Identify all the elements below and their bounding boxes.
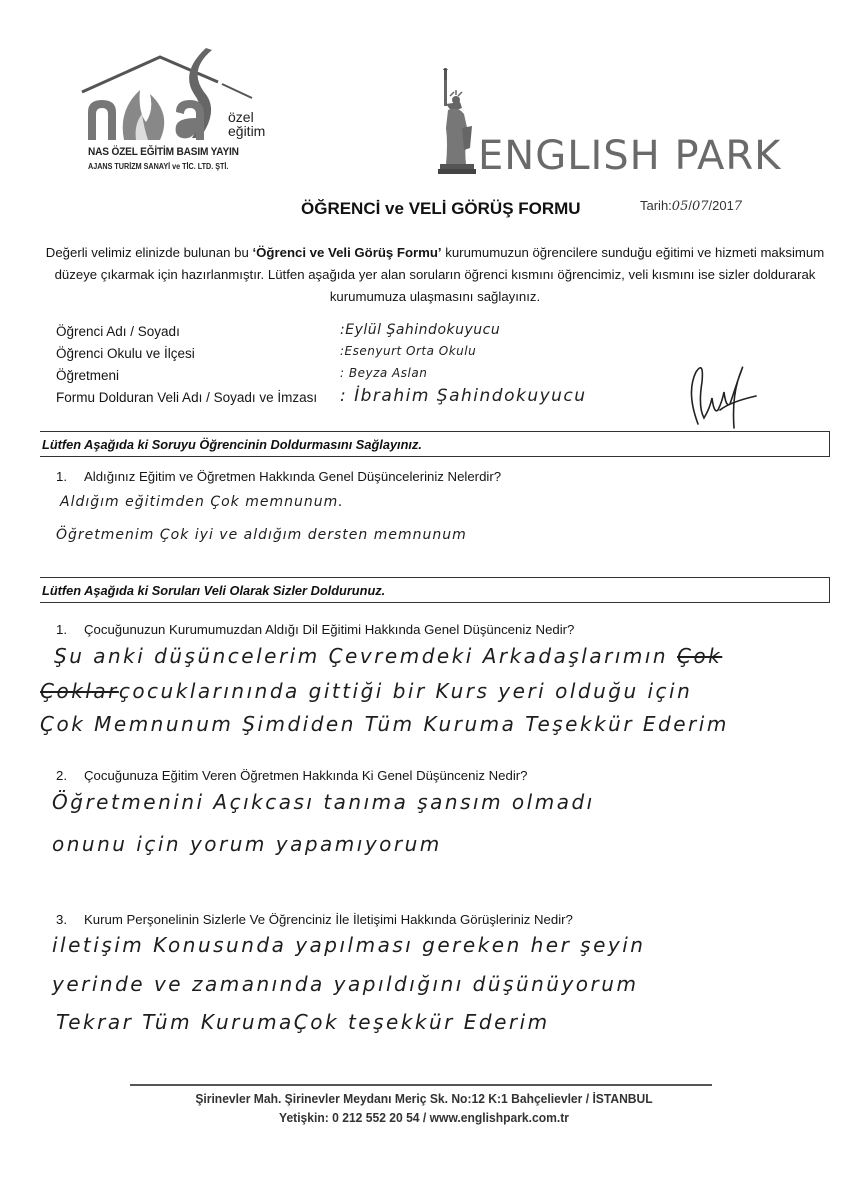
student-section-heading: Lütfen Aşağıda ki Soruyu Öğrencinin Dold… (40, 431, 830, 457)
info-value-teacher[interactable]: : Beyza Aslan (340, 366, 427, 380)
english-park-logo: ENGLISH PARK (430, 68, 780, 178)
answer-text: çocuklarınında gittiği bir Kurs yeri old… (119, 679, 692, 703)
info-value-parent[interactable]: : İbrahim Şahindokuyucu (340, 386, 587, 406)
nas-logo-word-ozel: özel (228, 110, 254, 124)
form-date: Tarih:05/07/2017 (640, 198, 742, 214)
nas-company-name: NAS ÖZEL EĞİTİM BASIM YAYIN (88, 146, 239, 158)
question-number: 3. (56, 912, 84, 927)
student-answer-line-1[interactable]: Aldığım eğitimden Çok memnunum. (60, 494, 344, 510)
info-label: Öğrenci Adı / Soyadı (56, 324, 180, 339)
question-text: Çocuğunuzun Kurumumuzdan Aldığı Dil Eğit… (84, 622, 574, 637)
question-number: 1. (56, 622, 84, 637)
date-year-prefix: 201 (712, 198, 734, 213)
parent-answer-1-line-1[interactable]: Şu anki düşüncelerim Çevremdeki Arkadaşl… (54, 644, 722, 668)
form-title: ÖĞRENCİ ve VELİ GÖRÜŞ FORMU (301, 199, 581, 219)
nas-logo: özel eğitim NAS ÖZEL EĞİTİM BASIM YAYIN … (80, 40, 280, 190)
parent-answer-1-line-3[interactable]: Çok Memnunum Şimdiden Tüm Kuruma Teşekkü… (40, 712, 729, 736)
parent-question-1: 1.Çocuğunuzun Kurumumuzdan Aldığı Dil Eğ… (56, 622, 574, 637)
date-label: Tarih: (640, 198, 672, 213)
parent-answer-3-line-2[interactable]: yerinde ve zamanında yapıldığını düşünüy… (52, 972, 638, 996)
statue-of-liberty-icon (436, 68, 480, 178)
info-label: Öğretmeni (56, 368, 119, 383)
info-label: Formu Dolduran Veli Adı / Soyadı ve İmza… (56, 390, 317, 405)
info-label: Öğrenci Okulu ve İlçesi (56, 346, 195, 361)
footer-address: Şirinevler Mah. Şirinevler Meydanı Meriç… (30, 1091, 819, 1106)
footer-phone: Yetişkin: 0 212 552 20 54 (279, 1110, 419, 1125)
question-number: 2. (56, 768, 84, 783)
parent-answer-2-line-2[interactable]: onunu için yorum yapamıyorum (52, 832, 442, 856)
question-text: Çocuğunuza Eğitim Veren Öğretmen Hakkınd… (84, 768, 527, 783)
parent-section-heading: Lütfen Aşağıda ki Soruları Veli Olarak S… (40, 577, 830, 603)
parent-answer-3-line-3[interactable]: Tekrar Tüm KurumaÇok teşekkür Ederim (56, 1010, 550, 1034)
footer-contact: Yetişkin: 0 212 552 20 54 / www.englishp… (30, 1110, 819, 1125)
footer-separator: / (423, 1110, 426, 1125)
question-text: Aldığınız Eğitim ve Öğretmen Hakkında Ge… (84, 469, 501, 484)
date-month: 07 (692, 199, 709, 214)
section-heading-text: Lütfen Aşağıda ki Soruyu Öğrencinin Dold… (42, 437, 422, 452)
struck-word: Çoklar (40, 679, 119, 703)
student-answer-line-2[interactable]: Öğretmenim Çok iyi ve aldığım dersten me… (56, 527, 467, 543)
parent-answer-1-line-2[interactable]: Çoklarçocuklarınında gittiği bir Kurs ye… (40, 679, 692, 703)
intro-paragraph: Değerli velimiz elinizde bulunan bu ‘Öğr… (40, 242, 830, 308)
info-value-student-name[interactable]: :Eylül Şahindokuyucu (340, 322, 500, 338)
struck-word: Çok (677, 644, 722, 668)
nas-company-subtitle: AJANS TURİZM SANAYİ ve TİC. LTD. ŞTİ. (88, 162, 228, 171)
student-question-1: 1.Aldığınız Eğitim ve Öğretmen Hakkında … (56, 469, 501, 484)
parent-answer-3-line-1[interactable]: iletişim Konusunda yapılması gereken her… (52, 933, 645, 957)
parent-question-3: 3.Kurum Perşonelinin Sizlerle Ve Öğrenci… (56, 912, 573, 927)
nas-logo-word-egitim: eğitim (228, 124, 265, 138)
footer-divider (130, 1084, 712, 1086)
handwritten-signature-icon (680, 352, 760, 432)
info-value-school[interactable]: :Esenyurt Orta Okulu (340, 344, 476, 358)
english-park-wordmark: ENGLISH PARK (478, 134, 781, 178)
parent-question-2: 2.Çocuğunuza Eğitim Veren Öğretmen Hakkı… (56, 768, 527, 783)
question-number: 1. (56, 469, 84, 484)
intro-part1: Değerli velimiz elinizde bulunan bu (46, 245, 253, 260)
info-row-student-name: Öğrenci Adı / Soyadı :Eylül Şahindokuyuc… (56, 322, 816, 344)
section-heading-text: Lütfen Aşağıda ki Soruları Veli Olarak S… (42, 583, 385, 598)
footer-website-link[interactable]: www.englishpark.com.tr (430, 1110, 569, 1125)
parent-answer-2-line-1[interactable]: Öğretmenini Açıkcası tanıma şansım olmad… (52, 790, 595, 814)
question-text: Kurum Perşonelinin Sizlerle Ve Öğrencini… (84, 912, 573, 927)
date-day: 05 (672, 199, 689, 214)
date-year-suffix: 7 (734, 199, 742, 214)
intro-form-name: ‘Öğrenci ve Veli Görüş Formu’ (253, 245, 442, 260)
answer-text: Şu anki düşüncelerim Çevremdeki Arkadaşl… (54, 644, 668, 668)
